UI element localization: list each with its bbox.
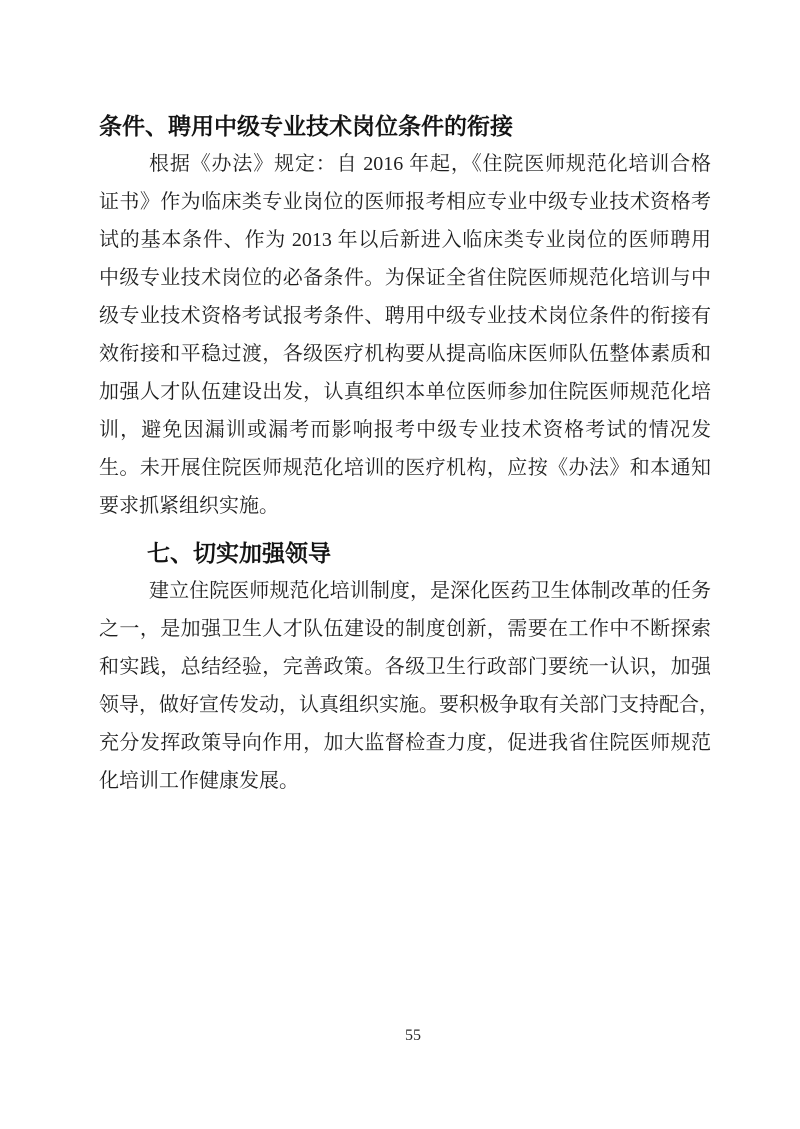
document-page: 条件、聘用中级专业技术岗位条件的衔接 根据《办法》规定：自 2016 年起，《住…: [0, 0, 800, 1129]
body-text-line: 效衔接和平稳过渡，各级医疗机构要从提高临床医师队伍整体素质和: [99, 335, 711, 373]
continued-section-heading: 条件、聘用中级专业技术岗位条件的衔接: [99, 107, 711, 145]
body-text-line: 要求抓紧组织实施。: [99, 487, 711, 525]
page-number: 55: [0, 1026, 800, 1046]
body-text-line: 根据《办法》规定：自 2016 年起，《住院医师规范化培训合格: [99, 145, 711, 183]
body-text-line: 充分发挥政策导向作用，加大监督检查力度，促进我省住院医师规范: [99, 724, 711, 762]
document-body: 条件、聘用中级专业技术岗位条件的衔接 根据《办法》规定：自 2016 年起，《住…: [99, 107, 711, 800]
body-text-line: 级专业技术资格考试报考条件、聘用中级专业技术岗位条件的衔接有: [99, 297, 711, 335]
body-text-line: 中级专业技术岗位的必备条件。为保证全省住院医师规范化培训与中: [99, 259, 711, 297]
body-text-line: 和实践，总结经验，完善政策。各级卫生行政部门要统一认识，加强: [99, 648, 711, 686]
body-text-line: 建立住院医师规范化培训制度，是深化医药卫生体制改革的任务: [99, 572, 711, 610]
body-text-line: 之一，是加强卫生人才队伍建设的制度创新，需要在工作中不断探索: [99, 610, 711, 648]
body-text-line: 生。未开展住院医师规范化培训的医疗机构，应按《办法》和本通知: [99, 449, 711, 487]
body-text-line: 加强人才队伍建设出发，认真组织本单位医师参加住院医师规范化培: [99, 373, 711, 411]
body-text-line: 训，避免因漏训或漏考而影响报考中级专业技术资格考试的情况发: [99, 411, 711, 449]
body-text-line: 试的基本条件、作为 2013 年以后新进入临床类专业岗位的医师聘用: [99, 221, 711, 259]
section-7-heading: 七、切实加强领导: [99, 534, 711, 572]
body-text-line: 化培训工作健康发展。: [99, 762, 711, 800]
body-text-line: 证书》作为临床类专业岗位的医师报考相应专业中级专业技术资格考: [99, 183, 711, 221]
body-text-line: 领导，做好宣传发动，认真组织实施。要积极争取有关部门支持配合，: [99, 686, 711, 724]
